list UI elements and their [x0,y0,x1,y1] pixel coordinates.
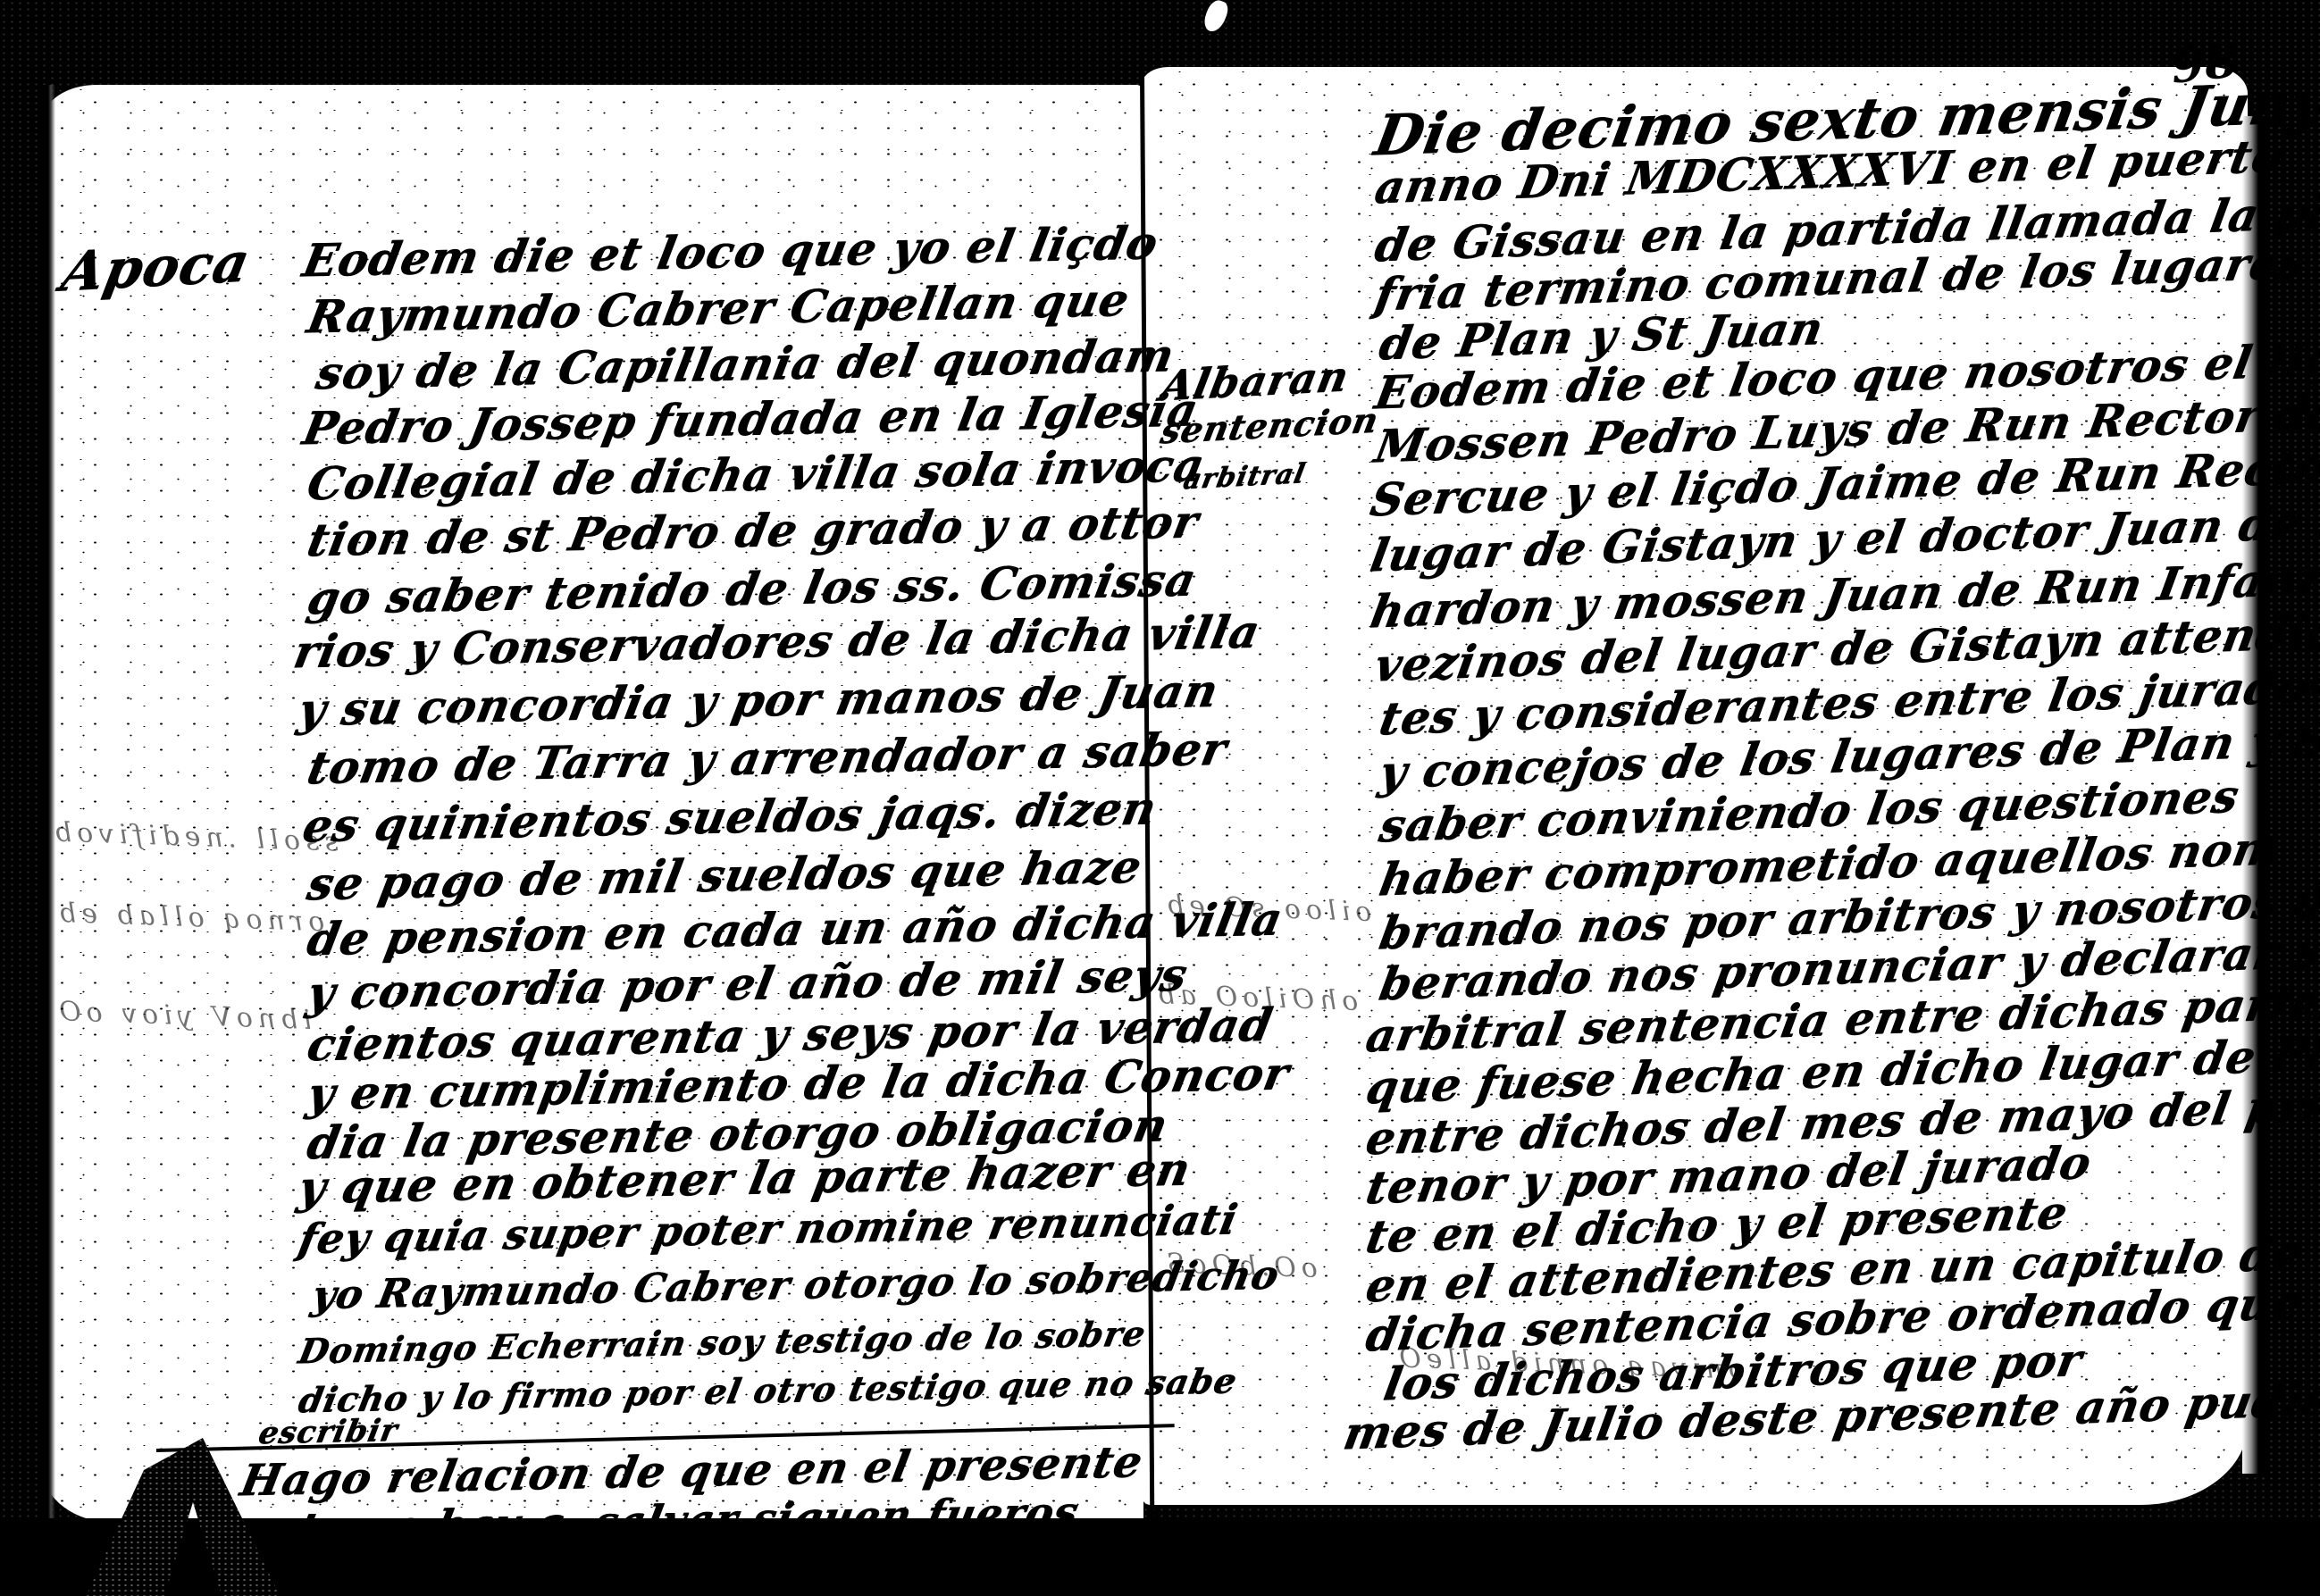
left-margin-note: Apoca [56,231,255,305]
right-margin-note: arbitral [1181,458,1309,497]
scan-bottom-edge [0,1518,2320,1596]
